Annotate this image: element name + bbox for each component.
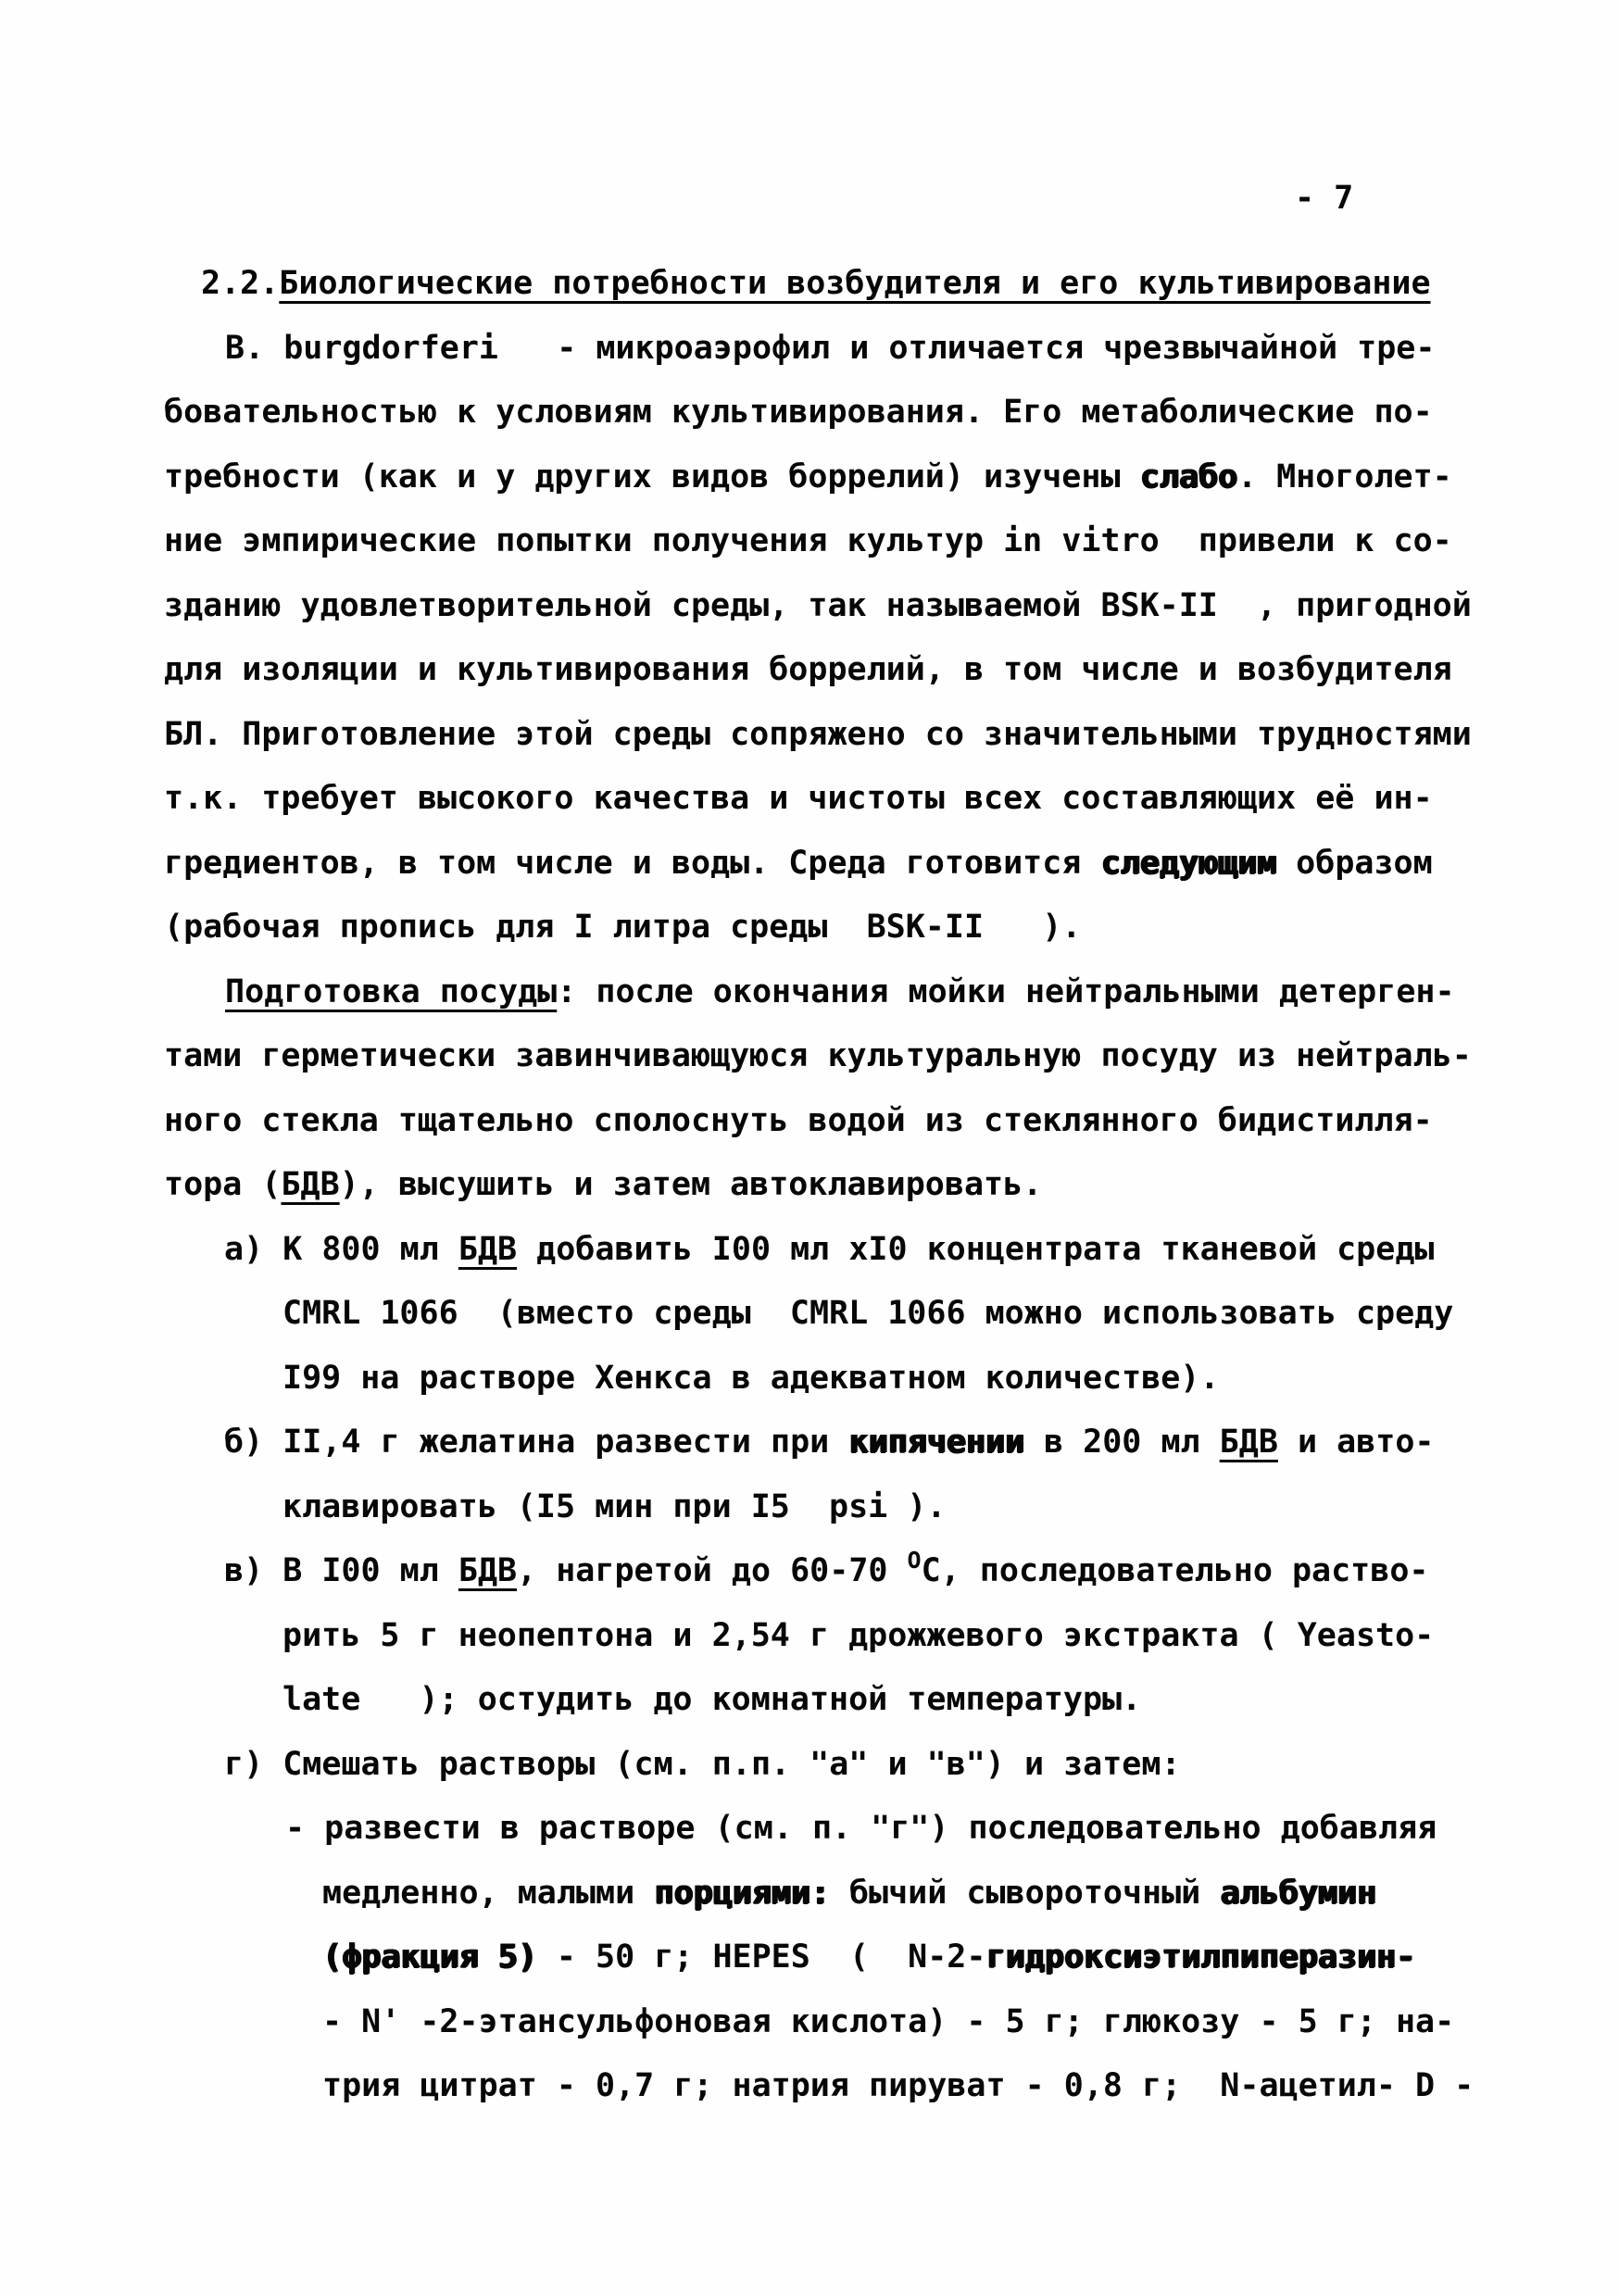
text-segment: С, последовательно раство- — [922, 1552, 1429, 1589]
text-line: I99 на растворе Хенкса в адекватном коли… — [0, 1347, 1619, 1411]
text-segment: БЛ. Приготовление этой среды сопряжено с… — [164, 716, 1472, 753]
text-segment: для изоляции и культивирования боррелий,… — [164, 651, 1452, 688]
text-segment: т.к. требует высокого качества и чистоты… — [164, 780, 1433, 817]
text-segment: БДВ — [458, 1552, 517, 1589]
text-segment: гредиентов, в том числе и воды. Среда го… — [164, 845, 1100, 882]
text-segment: ние эмпирические попытки получения культ… — [164, 522, 1452, 559]
text-line: (рабочая пропись для I литра среды BSK-I… — [0, 896, 1619, 960]
text-line: рить 5 г неопептона и 2,54 г дрожжевого … — [0, 1604, 1619, 1669]
text-segment: в) В I00 мл — [224, 1552, 458, 1589]
text-segment: - 50 г; HEPES ( N-2- — [537, 1938, 986, 1976]
text-segment: О — [908, 1547, 922, 1574]
text-line: CMRL 1066 (вместо среды CMRL 1066 можно … — [0, 1282, 1619, 1347]
text-segment: клавировать (I5 мин при I5 psi ). — [282, 1488, 946, 1525]
text-segment: в 200 мл — [1024, 1424, 1220, 1461]
text-segment: медленно, малыми — [322, 1875, 654, 1912]
text-segment: тора ( — [164, 1166, 281, 1203]
text-line: т.к. требует высокого качества и чистоты… — [0, 767, 1619, 832]
scanned-document-page: - 7 2.2.Биологические потребности возбуд… — [0, 0, 1619, 2296]
text-line: зданию удовлетворительной среды, так наз… — [0, 574, 1619, 639]
text-line: медленно, малыми порциями: бычий сыворот… — [0, 1862, 1619, 1926]
text-line: (фракция 5) - 50 г; HEPES ( N-2-гидрокси… — [0, 1926, 1619, 1990]
text-segment: а) К 800 мл — [224, 1231, 458, 1268]
text-line: - развести в растворе (см. п. "г") после… — [0, 1797, 1619, 1862]
text-segment: ного стекла тщательно сполоснуть водой и… — [164, 1102, 1433, 1139]
text-line: а) К 800 мл БДВ добавить I00 мл хI0 конц… — [0, 1218, 1619, 1283]
text-line: в) В I00 мл БДВ, нагретой до 60-70 ОС, п… — [0, 1539, 1619, 1604]
text-segment: гидроксиэтилпиперазин- — [985, 1938, 1415, 1976]
text-line: - N' -2-этансульфоновая кислота) - 5 г; … — [0, 1990, 1619, 2055]
text-segment: и авто- — [1278, 1424, 1435, 1461]
text-segment: кипячении — [848, 1424, 1024, 1461]
text-segment: бычий сывороточный — [830, 1875, 1220, 1912]
text-segment: B. burgdorferi - микроаэрофил и отличает… — [225, 330, 1435, 367]
text-line: ние эмпирические попытки получения культ… — [0, 509, 1619, 574]
text-segment: трия цитрат - 0,7 г; натрия пируват - 0,… — [322, 2067, 1474, 2104]
text-line: г) Смешать растворы (см. п.п. "а" и "в")… — [0, 1733, 1619, 1798]
text-segment: late ); остудить до комнатной температур… — [282, 1681, 1141, 1718]
text-segment: рить 5 г неопептона и 2,54 г дрожжевого … — [282, 1617, 1434, 1654]
text-segment: тами герметически завинчивающуюся культу… — [164, 1037, 1472, 1074]
text-line: для изоляции и культивирования боррелий,… — [0, 638, 1619, 703]
text-line: ного стекла тщательно сполоснуть водой и… — [0, 1089, 1619, 1154]
text-segment: б) II,4 г желатина развести при — [224, 1424, 848, 1461]
document-body: 2.2.Биологические потребности возбудител… — [0, 252, 1619, 2119]
text-segment: порциями: — [654, 1875, 830, 1912]
text-segment: требности (как и у других видов боррелий… — [164, 458, 1140, 496]
text-segment: I99 на растворе Хенкса в адекватном коли… — [282, 1360, 1219, 1397]
text-line: бовательностью к условиям культивировани… — [0, 381, 1619, 445]
text-segment: Подготовка посуды — [225, 973, 557, 1010]
text-line: трия цитрат - 0,7 г; натрия пируват - 0,… — [0, 2054, 1619, 2119]
text-segment: г) Смешать растворы (см. п.п. "а" и "в")… — [224, 1746, 1181, 1783]
text-segment: (фракция 5) — [322, 1938, 537, 1976]
text-line: БЛ. Приготовление этой среды сопряжено с… — [0, 703, 1619, 768]
text-line: тора (БДВ), высушить и затем автоклавиро… — [0, 1153, 1619, 1218]
text-segment: CMRL 1066 (вместо среды CMRL 1066 можно … — [282, 1295, 1453, 1332]
text-line: гредиентов, в том числе и воды. Среда го… — [0, 832, 1619, 897]
text-line: тами герметически завинчивающуюся культу… — [0, 1024, 1619, 1089]
text-segment: , нагретой до 60-70 — [517, 1552, 907, 1589]
text-line: Подготовка посуды: после окончания мойки… — [0, 960, 1619, 1025]
text-segment: БДВ — [458, 1231, 517, 1268]
text-segment: ), высушить и затем автоклавировать. — [340, 1166, 1043, 1203]
text-line: клавировать (I5 мин при I5 psi ). — [0, 1475, 1619, 1540]
text-line: B. burgdorferi - микроаэрофил и отличает… — [0, 317, 1619, 382]
text-segment: БДВ — [1220, 1424, 1278, 1461]
text-segment: 2.2. — [201, 265, 279, 302]
text-segment: Биологические потребности возбудителя и … — [279, 265, 1430, 302]
text-segment: - развести в растворе (см. п. "г") после… — [285, 1810, 1437, 1847]
text-segment: : после окончания мойки нейтральными дет… — [557, 973, 1454, 1010]
text-segment: БДВ — [281, 1166, 339, 1203]
text-segment: добавить I00 мл хI0 концентрата тканевой… — [517, 1231, 1434, 1268]
text-segment: . Многолет- — [1237, 458, 1452, 496]
page-number: - 7 — [1295, 180, 1353, 217]
text-segment: следующим — [1100, 845, 1276, 882]
text-line: б) II,4 г желатина развести при кипячени… — [0, 1411, 1619, 1475]
text-segment: - N' -2-этансульфоновая кислота) - 5 г; … — [322, 2003, 1454, 2040]
text-segment: слабо — [1140, 458, 1237, 496]
text-segment: (рабочая пропись для I литра среды BSK-I… — [164, 909, 1081, 946]
text-segment: бовательностью к условиям культивировани… — [164, 394, 1433, 431]
text-line: требности (как и у других видов боррелий… — [0, 445, 1619, 510]
text-segment: образом — [1276, 845, 1433, 882]
text-line: 2.2.Биологические потребности возбудител… — [0, 252, 1619, 317]
text-line: late ); остудить до комнатной температур… — [0, 1668, 1619, 1733]
text-segment: альбумин — [1220, 1875, 1376, 1912]
text-segment: зданию удовлетворительной среды, так наз… — [164, 587, 1472, 624]
